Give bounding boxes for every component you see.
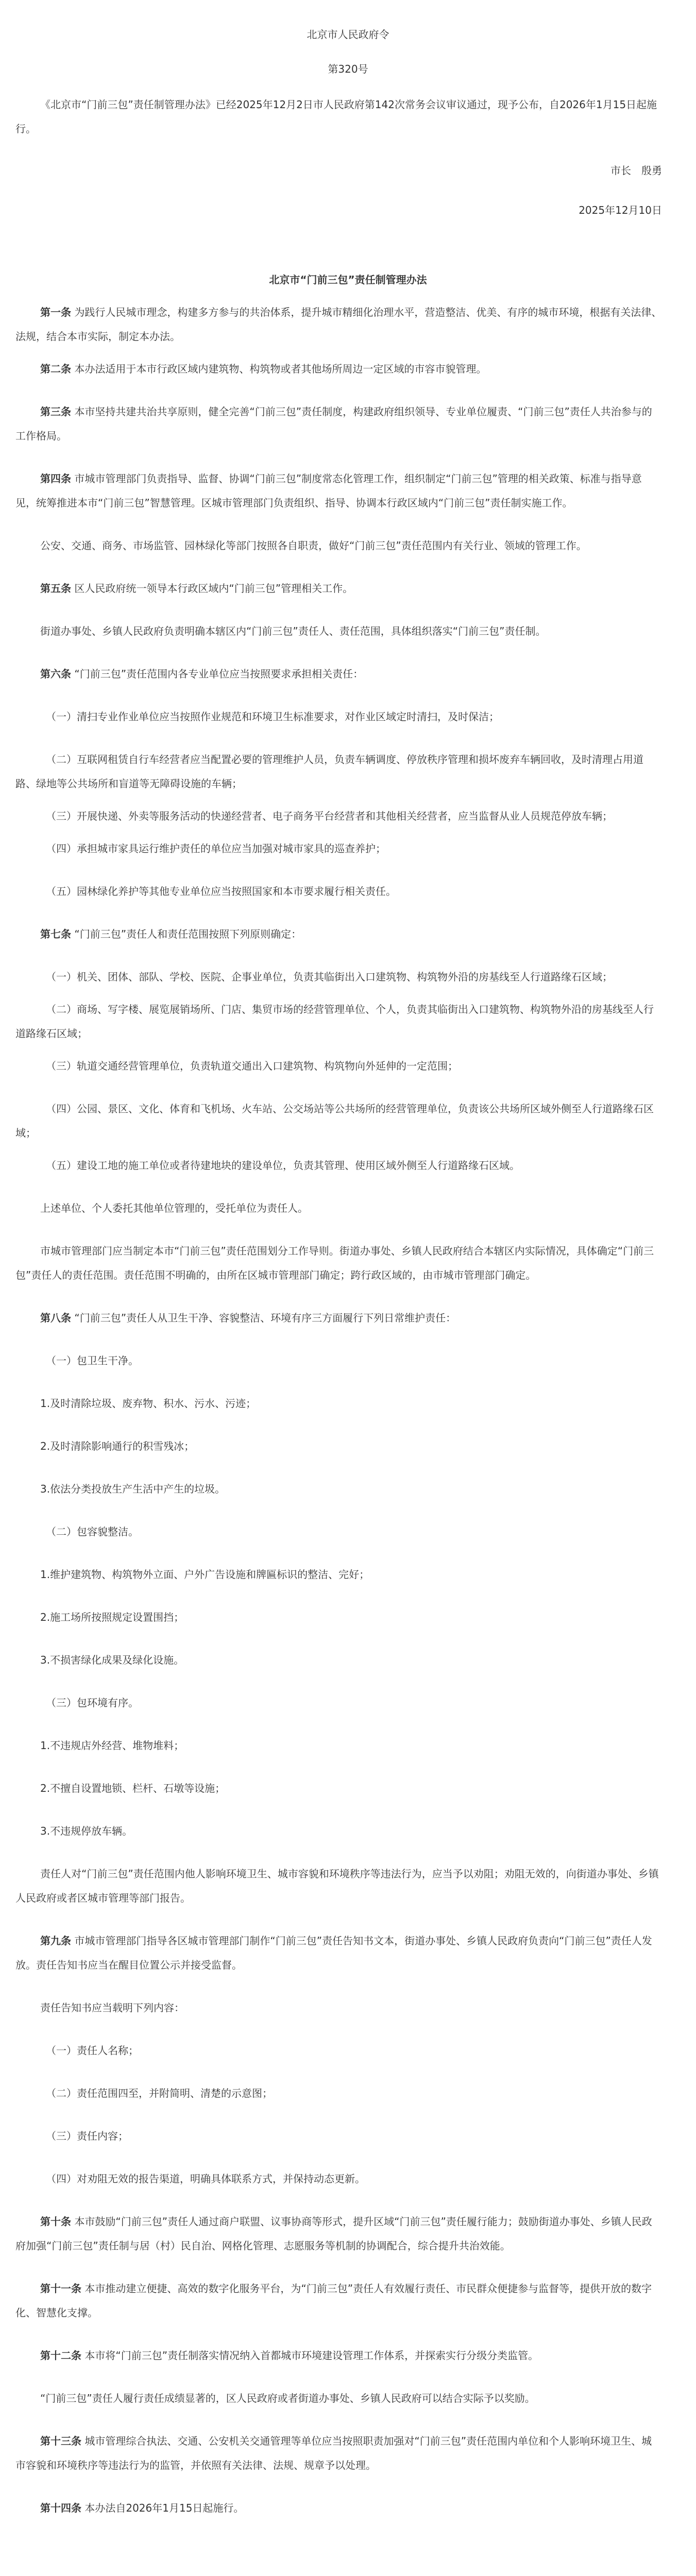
article-label: 第十四条: [40, 2502, 81, 2514]
article-8-tail: 责任人对“门前三包”责任范围内他人影响环境卫生、城市容貌和环境秩序等违法行为，应…: [15, 1862, 662, 1910]
article-6-item: （一）清扫专业作业单位应当按照作业规范和环境卫生标准要求，对作业区域定时清扫，及…: [15, 705, 662, 729]
article-8-item: 3.不损害绿化成果及绿化设施。: [15, 1648, 662, 1672]
signature: 市长 殷勇: [15, 159, 662, 183]
article-label: 第六条: [40, 668, 71, 680]
article-label: 第十二条: [40, 2349, 81, 2362]
article-11: 第十一条 本市推动建立便捷、高效的数字化服务平台，为“门前三包”责任人有效履行责…: [15, 2277, 662, 2325]
document: 北京市人民政府令 第320号 《北京市“门前三包”责任制管理办法》已经2025年…: [0, 0, 696, 2560]
article-10: 第十条 本市鼓励“门前三包”责任人通过商户联盟、议事协商等形式，提升区域“门前三…: [15, 2210, 662, 2258]
article-9-item: （二）责任范围四至，并附简明、清楚的示意图；: [15, 2081, 662, 2106]
article-4: 第四条 市城市管理部门负责指导、监督、协调“门前三包”制度常态化管理工作，组织制…: [15, 467, 662, 515]
article-9-item: （一）责任人名称；: [15, 2039, 662, 2063]
article-9-item: （三）责任内容；: [15, 2124, 662, 2148]
article-label: 第九条: [40, 1935, 71, 1947]
promulgation-text: 《北京市“门前三包”责任制管理办法》已经2025年12月2日市人民政府第142次…: [15, 93, 662, 141]
article-8-group-title: （一）包卫生干净。: [15, 1349, 662, 1373]
article-6-item: （二）互联网租赁自行车经营者应当配置必要的管理维护人员，负责车辆调度、停放秩序管…: [15, 748, 662, 796]
article-9-intro: 责任告知书应当载明下列内容：: [15, 1996, 662, 2020]
article-14: 第十四条 本办法自2026年1月15日起施行。: [15, 2496, 662, 2520]
article-7-tail: 市城市管理部门应当制定本市“门前三包”责任范围划分工作导则。街道办事处、乡镇人民…: [15, 1239, 662, 1287]
article-8-item: 2.不擅自设置地锁、栏杆、石墩等设施；: [15, 1776, 662, 1801]
article-6-item: （三）开展快递、外卖等服务活动的快递经营者、电子商务平台经营者和其他相关经营者，…: [15, 804, 662, 828]
article-label: 第十条: [40, 2215, 71, 2228]
article-3: 第三条 本市坚持共建共治共享原则，健全完善“门前三包”责任制度，构建政府组织领导…: [15, 400, 662, 448]
article-6: 第六条 “门前三包”责任范围内各专业单位应当按照要求承担相关责任：: [15, 662, 662, 686]
article-8-item: 3.不违规停放车辆。: [15, 1819, 662, 1843]
article-label: 第二条: [40, 363, 71, 375]
signing-date: 2025年12月10日: [15, 198, 662, 223]
article-8-item: 2.施工场所按照规定设置围挡；: [15, 1605, 662, 1630]
article-label: 第八条: [40, 1312, 71, 1324]
article-12-para-2: “门前三包”责任人履行责任成绩显著的，区人民政府或者街道办事处、乡镇人民政府可以…: [15, 2386, 662, 2411]
article-9-item: （四）对劝阻无效的报告渠道，明确具体联系方式，并保持动态更新。: [15, 2167, 662, 2191]
article-8-item: 2.及时清除影响通行的积雪残冰；: [15, 1434, 662, 1459]
issuer-title: 北京市人民政府令: [15, 23, 662, 47]
article-7-item: （三）轨道交通经营管理单位，负责轨道交通出入口建筑物、构筑物向外延伸的一定范围；: [15, 1054, 662, 1078]
article-9: 第九条 市城市管理部门指导各区城市管理部门制作“门前三包”责任告知书文本，街道办…: [15, 1929, 662, 1977]
law-title: 北京市“门前三包”责任制管理办法: [15, 268, 662, 292]
article-8-group-title: （三）包环境有序。: [15, 1691, 662, 1715]
article-8-item: 3.依法分类投放生产生活中产生的垃圾。: [15, 1477, 662, 1501]
article-6-item: （四）承担城市家具运行维护责任的单位应当加强对城市家具的巡查养护；: [15, 837, 662, 861]
article-12: 第十二条 本市将“门前三包”责任制落实情况纳入首都城市环境建设管理工作体系，并探…: [15, 2344, 662, 2368]
article-2: 第二条 本办法适用于本市行政区域内建筑物、构筑物或者其他场所周边一定区域的市容市…: [15, 357, 662, 381]
article-label: 第三条: [40, 405, 71, 418]
article-label: 第十三条: [40, 2435, 81, 2447]
article-7-item: （四）公园、景区、文化、体育和飞机场、火车站、公交场站等公共场所的经营管理单位，…: [15, 1097, 662, 1145]
article-7: 第七条 “门前三包”责任人和责任范围按照下列原则确定：: [15, 922, 662, 946]
article-6-item: （五）园林绿化养护等其他专业单位应当按照国家和本市要求履行相关责任。: [15, 879, 662, 904]
article-5-para-2: 街道办事处、乡镇人民政府负责明确本辖区内“门前三包”责任人、责任范围，具体组织落…: [15, 619, 662, 643]
article-8-item: 1.维护建筑物、构筑物外立面、户外广告设施和牌匾标识的整洁、完好；: [15, 1563, 662, 1587]
article-label: 第四条: [40, 472, 71, 485]
article-1: 第一条 为践行人民城市理念，构建多方参与的共治体系，提升城市精细化治理水平，营造…: [15, 300, 662, 349]
article-13: 第十三条 城市管理综合执法、交通、公安机关交通管理等单位应当按照职责加强对“门前…: [15, 2429, 662, 2478]
article-8-item: 1.及时清除垃圾、废弃物、积水、污水、污迹；: [15, 1392, 662, 1416]
article-label: 第十一条: [40, 2282, 81, 2295]
order-number: 第320号: [15, 57, 662, 81]
article-8: 第八条 “门前三包”责任人从卫生干净、容貌整洁、环境有序三方面履行下列日常维护责…: [15, 1306, 662, 1330]
article-label: 第七条: [40, 928, 71, 940]
article-8-group-title: （二）包容貌整洁。: [15, 1520, 662, 1544]
article-label: 第一条: [40, 306, 71, 318]
article-5: 第五条 区人民政府统一领导本行政区域内“门前三包”管理相关工作。: [15, 577, 662, 601]
article-8-item: 1.不违规店外经营、堆物堆料；: [15, 1734, 662, 1758]
article-7-tail: 上述单位、个人委托其他单位管理的，受托单位为责任人。: [15, 1196, 662, 1221]
article-7-item: （二）商场、写字楼、展览展销场所、门店、集贸市场的经营管理单位、个人，负责其临街…: [15, 997, 662, 1046]
article-7-item: （一）机关、团体、部队、学校、医院、企事业单位，负责其临街出入口建筑物、构筑物外…: [15, 965, 662, 989]
article-label: 第五条: [40, 582, 71, 595]
article-7-item: （五）建设工地的施工单位或者待建地块的建设单位，负责其管理、使用区域外侧至人行道…: [15, 1154, 662, 1178]
article-4-para-2: 公安、交通、商务、市场监管、园林绿化等部门按照各自职责，做好“门前三包”责任范围…: [15, 534, 662, 558]
